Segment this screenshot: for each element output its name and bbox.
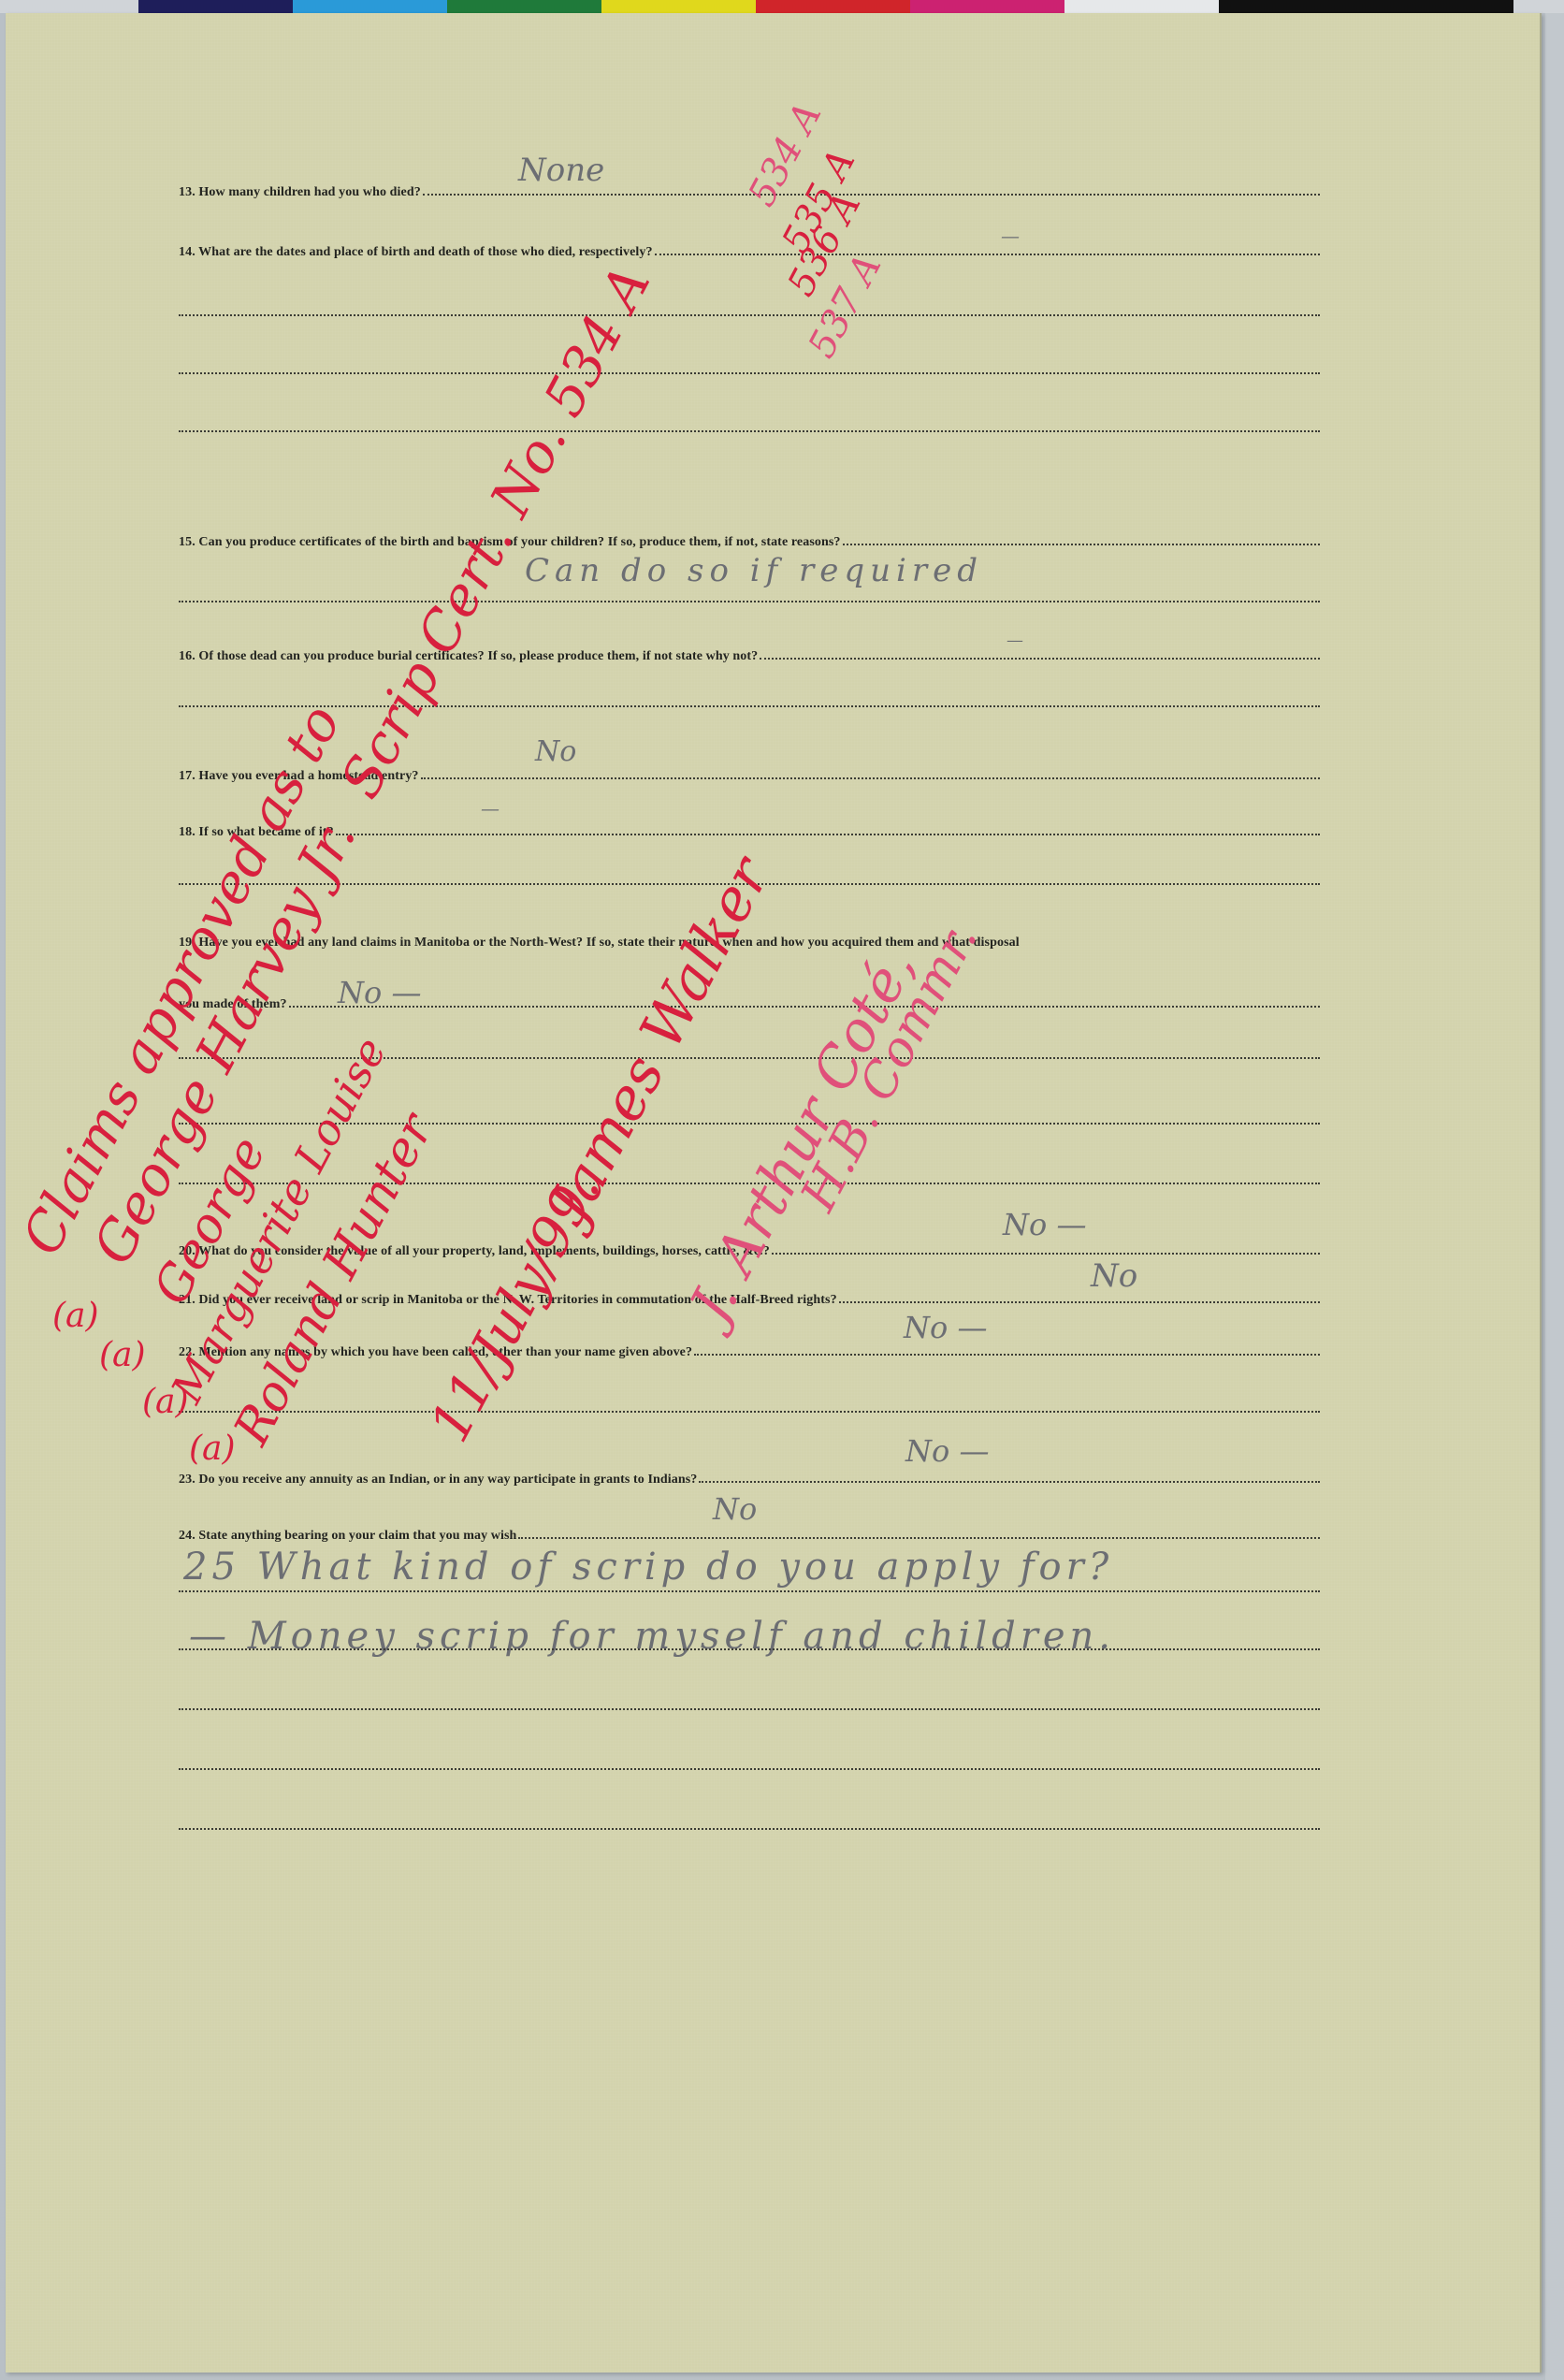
question-14: 14. What are the dates and place of birt…: [179, 238, 1320, 260]
swatch: [1219, 0, 1513, 13]
question-22: 22. Mention any names by which you have …: [179, 1338, 1320, 1360]
answer-24: No: [713, 1491, 757, 1527]
swatch: [1513, 0, 1564, 13]
answer-15: Can do so if required: [525, 552, 983, 589]
answer-line: [179, 1648, 1320, 1650]
answer-22: No —: [904, 1310, 987, 1345]
swatch: [293, 0, 447, 13]
red-prefix-a: (a): [99, 1336, 146, 1374]
swatch: [1064, 0, 1219, 13]
answer-line: [179, 1828, 1320, 1830]
answer-19: No —: [338, 975, 421, 1010]
answer-line: [179, 372, 1320, 374]
question-15: 15. Can you produce certificates of the …: [179, 528, 1320, 550]
handwritten-question-25: 25 What kind of scrip do you apply for?: [183, 1546, 1113, 1589]
red-prefix-a: (a): [189, 1429, 236, 1468]
answer-line: [179, 1411, 1320, 1413]
answer-line: [179, 601, 1320, 602]
swatch: [601, 0, 756, 13]
background-sheet: [1545, 13, 1564, 2380]
answer-16: —: [1006, 631, 1023, 650]
color-calibration-strip: [0, 0, 1564, 13]
swatch: [138, 0, 293, 13]
answer-line: [179, 705, 1320, 707]
red-prefix-a: (a): [52, 1297, 99, 1335]
answer-line: [179, 314, 1320, 316]
answer-23: No —: [905, 1433, 989, 1469]
answer-line: [179, 1768, 1320, 1770]
swatch: [0, 0, 138, 13]
answer-21: No: [1091, 1257, 1137, 1295]
answer-14: —: [1001, 225, 1020, 247]
question-23: 23. Do you receive any annuity as an Ind…: [179, 1465, 1320, 1487]
answer-20: No —: [1003, 1207, 1086, 1242]
swatch: [756, 0, 910, 13]
answer-17: No: [535, 735, 576, 768]
form-page: 13. How many children had you who died? …: [6, 13, 1542, 2373]
answer-13: None: [518, 152, 604, 189]
answer-line: [179, 1708, 1320, 1710]
answer-18: —: [481, 797, 500, 820]
question-16: 16. Of those dead can you produce burial…: [179, 642, 1320, 664]
swatch: [910, 0, 1064, 13]
answer-line: [179, 430, 1320, 432]
handwritten-answer-25: — Money scrip for myself and children.: [189, 1615, 1115, 1658]
answer-line: [179, 1590, 1320, 1592]
swatch: [447, 0, 601, 13]
